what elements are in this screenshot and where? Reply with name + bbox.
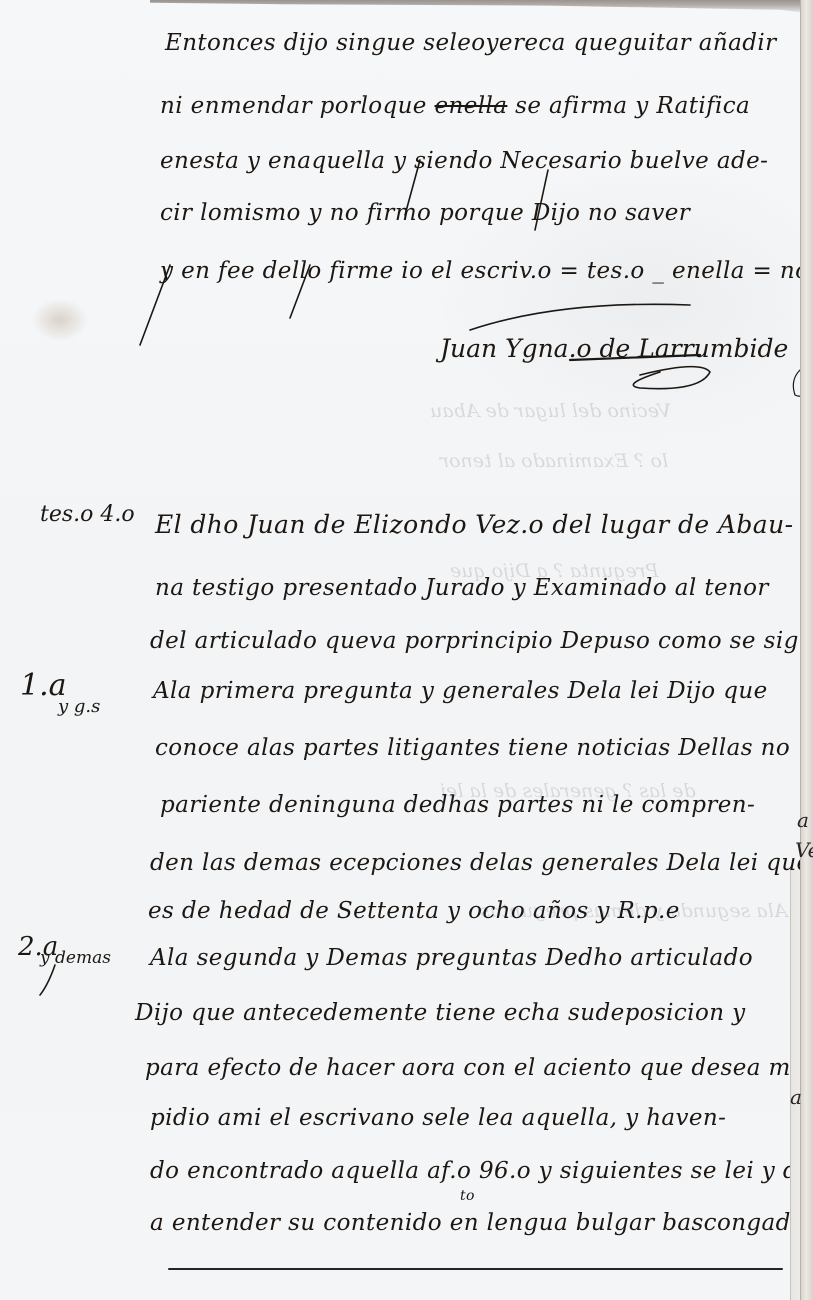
manuscript-line: es de hedad de Settenta y ocho años y R.… [148,898,680,924]
manuscript-line: Ala primera pregunta y generales Dela le… [153,678,768,704]
manuscript-line: do encontrado aquella af.o 96.o y siguie… [150,1158,806,1184]
manuscript-line: del articulado queva porprincipio Depuso… [150,628,813,654]
bleed-through-text: Vecino del lugar de Abau [430,400,671,422]
manuscript-line: Entonces dijo singue seleoyereca queguit… [165,30,776,56]
manuscript-line: Ala segunda y Demas preguntas Dedho arti… [150,945,753,971]
margin-witness-label: tes.o 4.o [40,502,135,527]
manuscript-line: pidio ami el escrivano sele lea aquella,… [150,1105,726,1131]
manuscript-line: cir lomismo y no firmo porque Dijo no sa… [160,200,690,226]
signature: Juan Ygna.o de Larrumbide [440,334,788,363]
manuscript-line: den las demas ecepciones delas generales… [150,850,811,876]
closing-rule-line [168,1268,783,1270]
manuscript-line: pariente deninguna dedhas partes ni le c… [160,792,755,818]
manuscript-text: se afirma y Ratifica [515,93,750,119]
manuscript-line: na testigo presentado Jurado y Examinado… [155,575,769,601]
struck-word: enella [435,93,508,119]
interlinear-insertion: to [460,1188,475,1204]
manuscript-line: Dijo que antecedemente tiene echa sudepo… [135,1000,746,1026]
manuscript-line: y en fee dello firme io el escriv.o = te… [160,258,813,284]
manuscript-page: Vecino del lugar de Abau lo ? Examinado … [0,0,813,1300]
manuscript-line: ni enmendar porloque enella se afirma y … [160,93,750,119]
manuscript-line: enesta y enaquella y siendo Necesario bu… [160,148,768,174]
manuscript-line: para efecto de hacer aora con el aciento… [145,1055,805,1081]
manuscript-text: ni enmendar porloque [160,93,427,119]
page-top-edge-shadow [150,0,813,14]
bleed-through-text: lo ? Examinado al tenor [440,450,668,472]
edge-fragment: a [797,808,809,832]
binding-edge [800,0,813,1300]
margin-question1-sub: y g.s [58,696,100,717]
manuscript-line: a entender su contenido en lengua bulgar… [150,1210,805,1236]
margin-question2-sub: y demas [40,948,111,968]
manuscript-line: El dho Juan de Elizondo Vez.o del lugar … [155,510,793,539]
manuscript-line: conoce alas partes litigantes tiene noti… [155,735,790,761]
edge-fragment: Ve [795,838,813,862]
edge-fragment: a [790,1085,802,1109]
